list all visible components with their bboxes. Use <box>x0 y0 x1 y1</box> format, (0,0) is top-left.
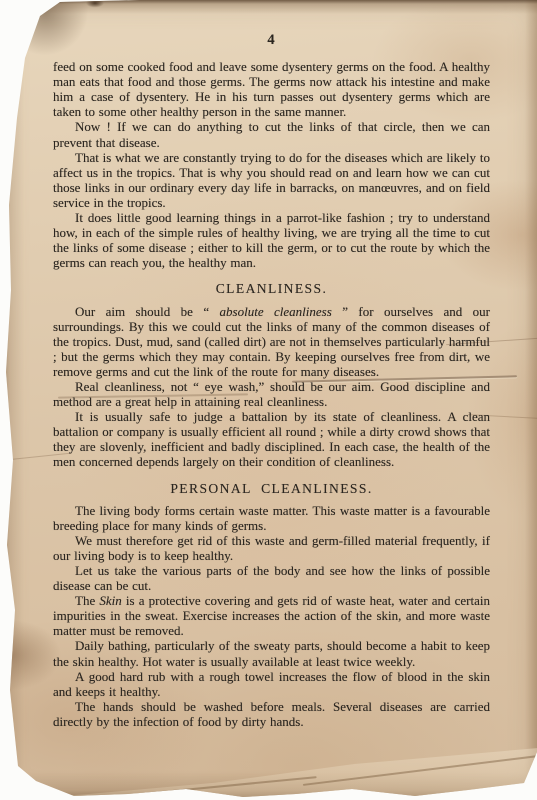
fold-crease <box>303 754 537 785</box>
text-segment: Real cleanliness, not “ eye wash,” shoul… <box>53 379 490 409</box>
page-content: 4 feed on some cooked food and leave som… <box>0 0 537 729</box>
paragraph: Real cleanliness, not “ eye wash,” shoul… <box>53 379 490 409</box>
text-segment: It is usually safe to judge a battalion … <box>53 409 490 469</box>
text-segment: Daily bathing, particularly of the sweat… <box>53 638 490 668</box>
paragraph: The Skin is a protective covering and ge… <box>53 593 490 638</box>
paragraph: The living body forms certain waste matt… <box>53 503 490 533</box>
paragraph: Daily bathing, particularly of the sweat… <box>53 638 490 668</box>
text-segment: Our aim should be “ <box>75 304 220 319</box>
paragraph: It does little good learning things in a… <box>53 210 490 270</box>
text-segment: That is what we are constantly trying to… <box>53 150 490 210</box>
paragraph: The hands should be washed before meals.… <box>53 699 490 729</box>
text-segment: It does little good learning things in a… <box>53 210 490 270</box>
text-segment: A good hard rub with a rough towel incre… <box>53 669 490 699</box>
italic-phrase: Skin <box>99 593 121 608</box>
italic-phrase: absolute cleanliness <box>220 304 332 319</box>
paragraph: A good hard rub with a rough towel incre… <box>53 669 490 699</box>
text-segment: Now ! If we can do anything to cut the l… <box>53 119 490 149</box>
text-segment: feed on some cooked food and leave some … <box>53 59 490 119</box>
text-segment: Let us take the various parts of the bod… <box>53 563 490 593</box>
section-heading: PERSONAL CLEANLINESS. <box>53 481 490 496</box>
text-segment: The <box>75 593 99 608</box>
paragraph: Let us take the various parts of the bod… <box>53 563 490 593</box>
paragraph: Now ! If we can do anything to cut the l… <box>53 119 490 149</box>
paper-sheet: 4 feed on some cooked food and leave som… <box>0 0 537 800</box>
fold-crease <box>132 776 316 795</box>
text-segment: The living body forms certain waste matt… <box>53 503 490 533</box>
page-number: 4 <box>53 33 490 48</box>
scanned-page: 4 feed on some cooked food and leave som… <box>0 0 537 800</box>
paragraph: Our aim should be “ absolute cleanliness… <box>53 304 490 379</box>
text-segment: We must therefore get rid of this waste … <box>53 533 490 563</box>
bottom-fold <box>0 728 537 800</box>
section-heading: CLEANLINESS. <box>53 281 490 296</box>
text-sections: feed on some cooked food and leave some … <box>53 59 490 729</box>
paragraph: We must therefore get rid of this waste … <box>53 533 490 563</box>
paragraph: That is what we are constantly trying to… <box>53 150 490 210</box>
text-segment: The hands should be washed before meals.… <box>53 699 490 729</box>
paragraph: feed on some cooked food and leave some … <box>53 59 490 119</box>
paragraph: It is usually safe to judge a battalion … <box>53 409 490 469</box>
